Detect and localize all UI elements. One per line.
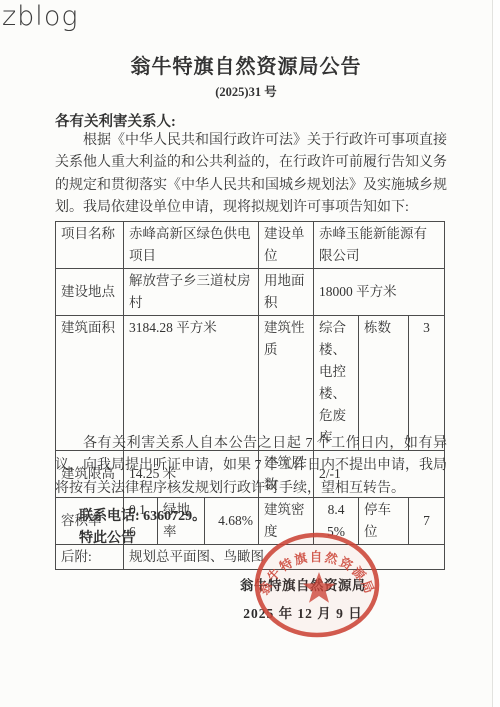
attachment-value: 规划总平面图、鸟瞰图 [124,545,445,570]
construction-site-value: 解放营子乡三道杖房村 [124,269,259,316]
notice-doc-number: (2025)31 号 [0,82,492,100]
parking-label: 停车位 [359,498,409,545]
building-nature-value: 综合楼、电控楼、危废库 [314,316,359,451]
project-name-value: 赤峰高新区绿色供电项目 [124,222,259,269]
scan-edge-strip [493,0,500,707]
issuer-signature: 翁牛特旗自然资源局 [238,574,368,594]
parking-value: 7 [409,498,445,545]
building-count-label: 栋数 [359,316,409,451]
construction-unit-label: 建设单位 [259,222,314,269]
building-nature-label: 建筑性质 [259,316,314,451]
closing-statement: 特此公告 [79,527,135,547]
building-density-label: 建筑密度 [259,498,314,545]
building-density-value: 8.45% [314,498,359,545]
land-area-label: 用地面积 [259,269,314,316]
building-area-label: 建筑面积 [56,316,124,451]
notice-salutation: 各有关利害关系人: [55,110,176,131]
construction-unit-value: 赤峰玉能新能源有限公司 [314,222,445,269]
contact-phone: 联系电话: 6360729。 [79,505,206,525]
site-logo[interactable]: zblog [2,1,79,32]
land-area-value: 18000 平方米 [314,269,445,316]
project-name-label: 项目名称 [56,222,124,269]
notice-paragraph-1: 根据《中华人民共和国行政许可法》关于行政许可事项直接关系他人重大利益的和公共利益… [55,130,447,220]
attachment-label: 后附: [56,545,124,570]
building-count-value: 3 [409,316,445,451]
scan-edge-line [492,0,493,707]
notice-title: 翁牛特旗自然资源局公告 [0,50,492,79]
green-rate-value: 4.68% [205,498,259,545]
construction-site-label: 建设地点 [56,269,124,316]
notice-paragraph-2: 各有关利害关系人自本公告之日起 7 个工作日内，如有异议，向我局提出听证申请，如… [55,433,447,500]
document-page: zblog 翁牛特旗自然资源局公告 (2025)31 号 各有关利害关系人: 根… [0,0,500,707]
issue-date: 2025 年 12 月 9 日 [238,602,368,622]
building-area-value: 3184.28 平方米 [124,316,259,451]
